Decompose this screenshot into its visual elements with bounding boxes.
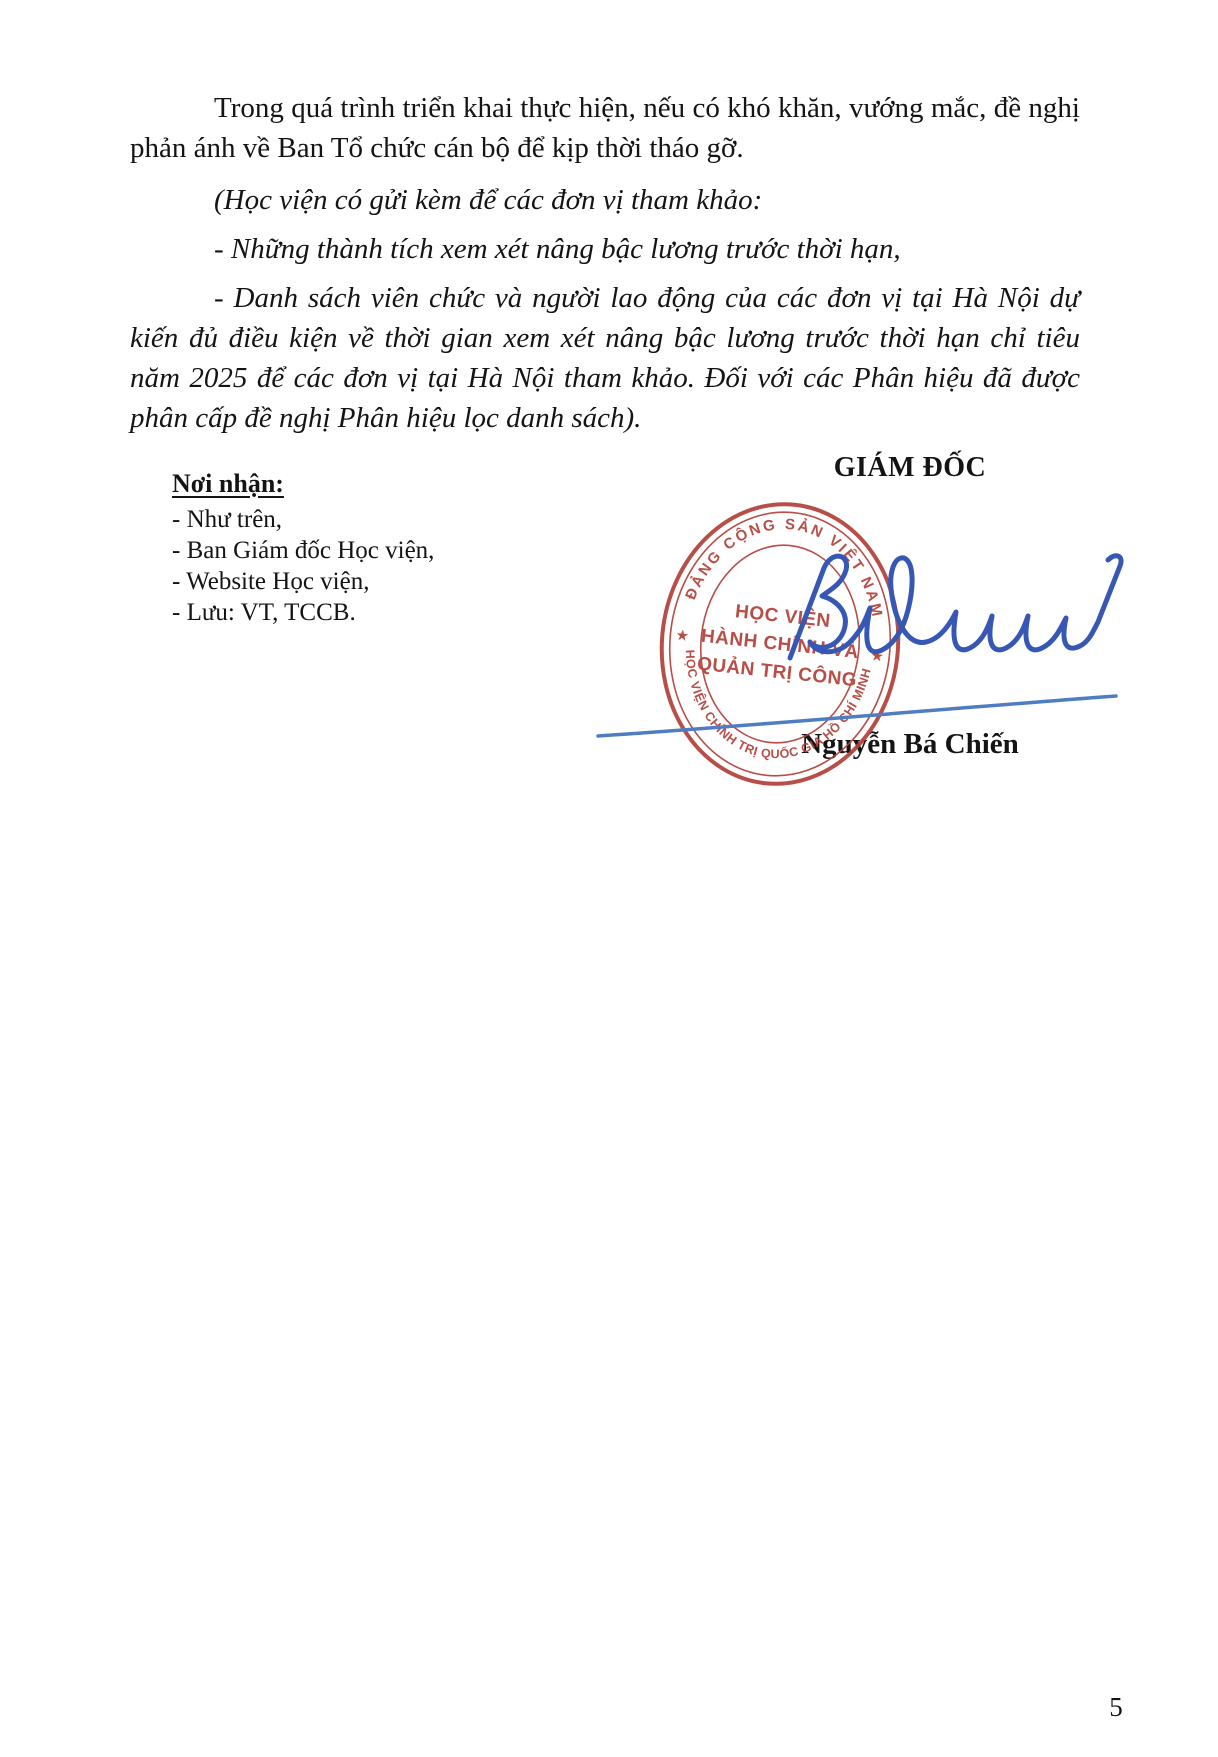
signature-underline [598, 696, 1116, 736]
recipients-heading: Nơi nhận: [172, 468, 592, 499]
recipients-item: - Ban Giám đốc Học viện, [172, 535, 592, 566]
paragraph-note-intro: (Học viện có gửi kèm để các đơn vị tham … [130, 180, 1080, 220]
recipients-item: - Lưu: VT, TCCB. [172, 597, 592, 628]
page-number: 5 [1094, 1692, 1138, 1723]
paragraph-main: Trong quá trình triển khai thực hiện, nế… [130, 88, 1080, 168]
paragraph-note-item-1: - Những thành tích xem xét nâng bậc lươn… [130, 229, 1080, 269]
signature-ink [560, 450, 1140, 770]
document-page: Trong quá trình triển khai thực hiện, nế… [0, 0, 1218, 1757]
paragraph-note-item-2: - Danh sách viên chức và người lao động … [130, 278, 1080, 438]
recipients-item: - Như trên, [172, 504, 592, 535]
recipients-block: Nơi nhận: - Như trên, - Ban Giám đốc Học… [172, 468, 592, 628]
document-body: Trong quá trình triển khai thực hiện, nế… [130, 88, 1080, 438]
recipients-item: - Website Học viện, [172, 566, 592, 597]
signature-stroke [790, 556, 1121, 658]
